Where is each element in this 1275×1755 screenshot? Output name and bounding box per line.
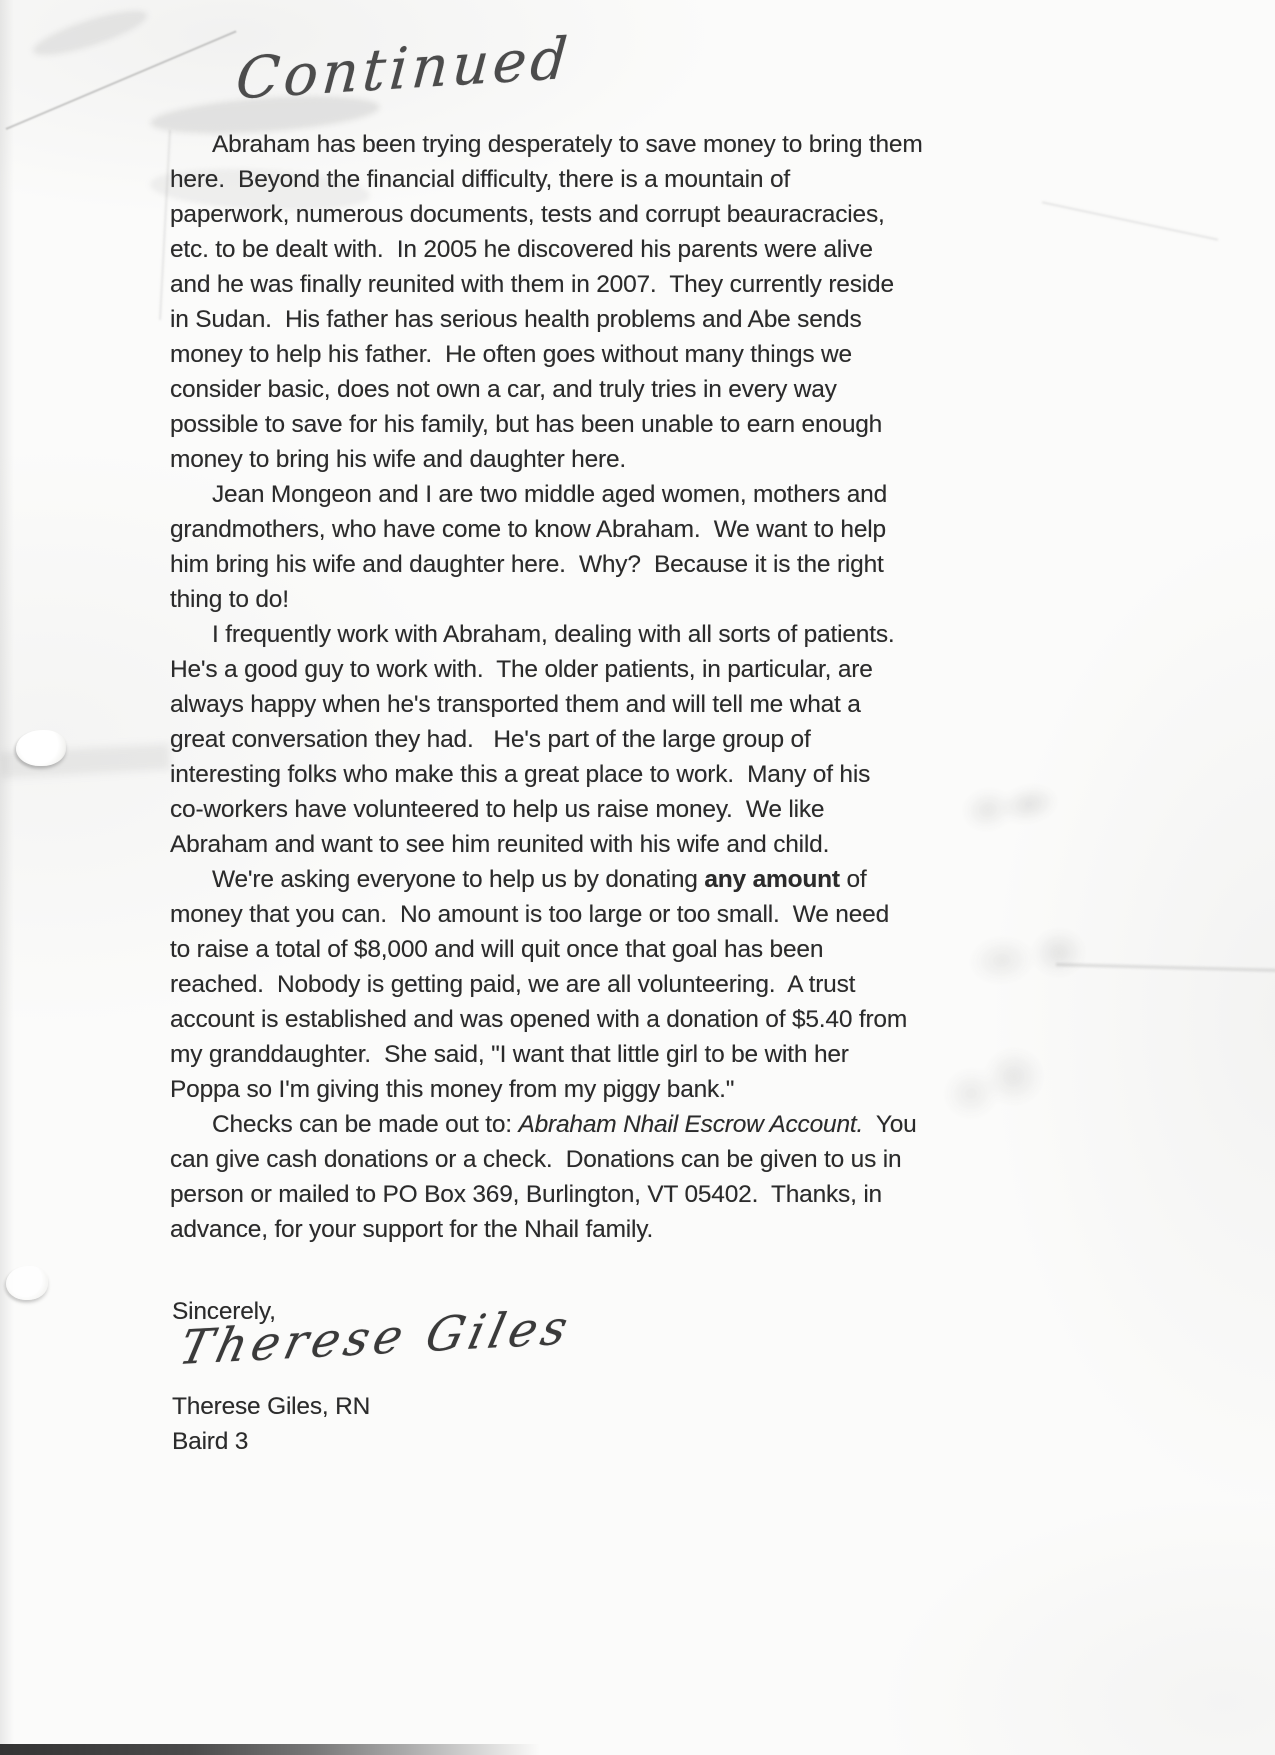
signer-name: Therese Giles, RN xyxy=(172,1389,569,1424)
text-line: him bring his wife and daughter here. Wh… xyxy=(170,547,1010,582)
text-line: and he was finally reunited with them in… xyxy=(170,267,1010,302)
crease-mark xyxy=(1042,201,1218,240)
text-line: Abraham has been trying desperately to s… xyxy=(170,127,1010,162)
text-line: Abraham and want to see him reunited wit… xyxy=(170,827,1010,862)
text-line: here. Beyond the financial difficulty, t… xyxy=(170,162,1010,197)
text-line: co-workers have volunteered to help us r… xyxy=(170,792,1010,827)
scanner-edge-artifact xyxy=(0,1744,540,1755)
letter-closing: Sincerely, Therese Giles Therese Giles, … xyxy=(172,1294,569,1459)
text-line: money to help his father. He often goes … xyxy=(170,337,1010,372)
scan-edge-shadow xyxy=(0,0,14,1755)
text-line: to raise a total of $8,000 and will quit… xyxy=(170,932,1010,967)
text-line: in Sudan. His father has serious health … xyxy=(170,302,1010,337)
text-line: thing to do! xyxy=(170,582,1010,617)
text-line: I frequently work with Abraham, dealing … xyxy=(170,617,1010,652)
text-line: can give cash donations or a check. Dona… xyxy=(170,1142,1010,1177)
text-line: etc. to be dealt with. In 2005 he discov… xyxy=(170,232,1010,267)
text-line: my granddaughter. She said, "I want that… xyxy=(170,1037,1010,1072)
handwritten-continued-note: Continued xyxy=(234,26,574,113)
text-line: He's a good guy to work with. The older … xyxy=(170,652,1010,687)
text-line: money that you can. No amount is too lar… xyxy=(170,897,1010,932)
text-line: possible to save for his family, but has… xyxy=(170,407,1010,442)
text-line: Checks can be made out to: Abraham Nhail… xyxy=(170,1107,1010,1142)
hole-punch xyxy=(16,730,66,766)
signer-unit: Baird 3 xyxy=(172,1424,569,1459)
text-line: advance, for your support for the Nhail … xyxy=(170,1212,1010,1247)
paper-smudge xyxy=(29,2,151,64)
letter-body: Abraham has been trying desperately to s… xyxy=(170,127,1010,1247)
hole-punch xyxy=(6,1266,48,1300)
text-line: paperwork, numerous documents, tests and… xyxy=(170,197,1010,232)
text-line: grandmothers, who have come to know Abra… xyxy=(170,512,1010,547)
text-line: reached. Nobody is getting paid, we are … xyxy=(170,967,1010,1002)
signature-handwritten: Therese Giles xyxy=(171,1310,575,1388)
text-line: great conversation they had. He's part o… xyxy=(170,722,1010,757)
text-line: account is established and was opened wi… xyxy=(170,1002,1010,1037)
text-line: person or mailed to PO Box 369, Burlingt… xyxy=(170,1177,1010,1212)
crease-mark xyxy=(6,30,237,130)
text-line: Poppa so I'm giving this money from my p… xyxy=(170,1072,1010,1107)
text-line: interesting folks who make this a great … xyxy=(170,757,1010,792)
text-line: Jean Mongeon and I are two middle aged w… xyxy=(170,477,1010,512)
text-line: consider basic, does not own a car, and … xyxy=(170,372,1010,407)
text-line: We're asking everyone to help us by dona… xyxy=(170,862,1010,897)
text-line: always happy when he's transported them … xyxy=(170,687,1010,722)
crease-mark xyxy=(1056,963,1275,972)
text-line: money to bring his wife and daughter her… xyxy=(170,442,1010,477)
paper-wrinkle xyxy=(0,744,171,779)
scanned-letter-page: Continued Abraham has been trying desper… xyxy=(0,0,1275,1755)
